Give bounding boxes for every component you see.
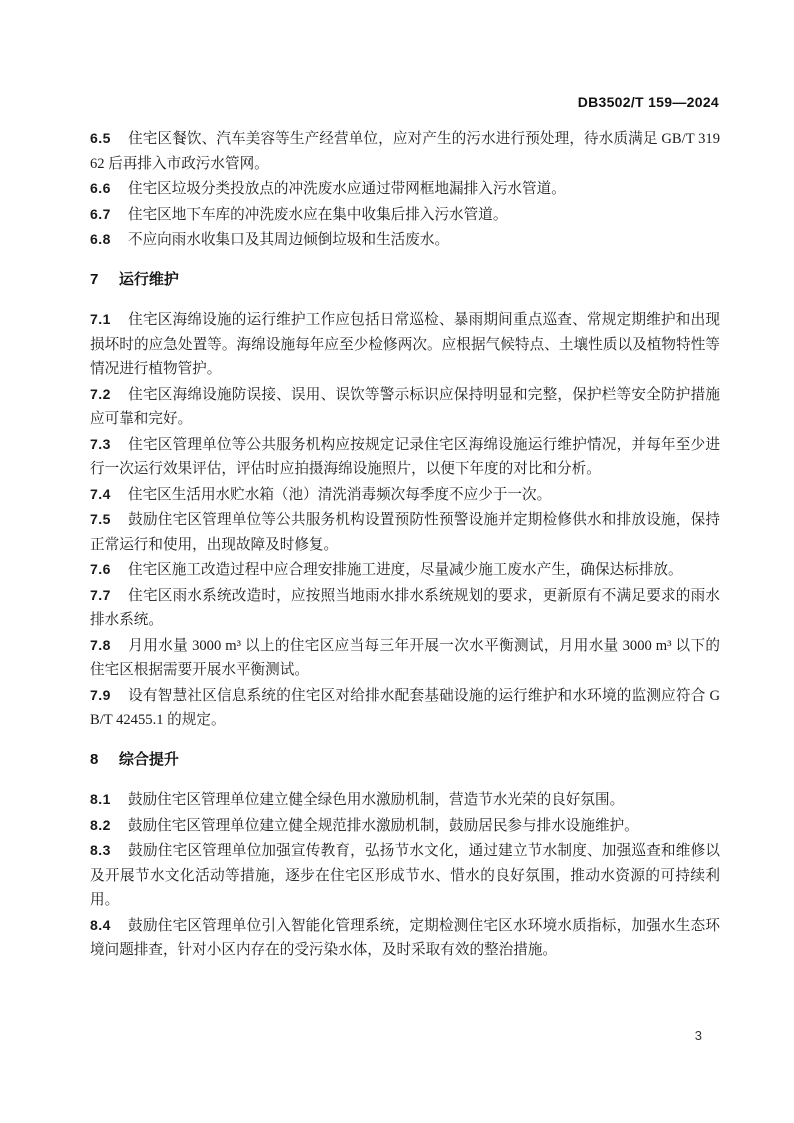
clause-text: 住宅区生活用水贮水箱（池）清洗消毒频次每季度不应少于一次。 <box>128 487 551 503</box>
clause-number: 7.1 <box>90 311 111 327</box>
clause-paragraph: 6.6住宅区垃圾分类投放点的冲洗废水应通过带网框地漏排入污水管道。 <box>90 176 720 202</box>
clause-paragraph: 8.2鼓励住宅区管理单位建立健全规范排水激励机制，鼓励居民参与排水设施维护。 <box>90 813 720 839</box>
section-heading: 8综合提升 <box>90 748 720 773</box>
clause-number: 8.1 <box>90 791 111 807</box>
clause-paragraph: 6.8不应向雨水收集口及其周边倾倒垃圾和生活废水。 <box>90 227 720 253</box>
clause-paragraph: 8.3鼓励住宅区管理单位加强宣传教育，弘扬节水文化，通过建立节水制度、加强巡查和… <box>90 838 720 913</box>
clause-paragraph: 7.3住宅区管理单位等公共服务机构应按规定记录住宅区海绵设施运行维护情况，并每年… <box>90 432 720 482</box>
clause-number: 7.9 <box>90 687 111 703</box>
clause-paragraph: 7.4住宅区生活用水贮水箱（池）清洗消毒频次每季度不应少于一次。 <box>90 482 720 508</box>
clause-text: 鼓励住宅区管理单位建立健全规范排水激励机制，鼓励居民参与排水设施维护。 <box>128 818 639 834</box>
section-number: 8 <box>90 751 99 768</box>
standard-code-header: DB3502/T 159—2024 <box>90 94 719 110</box>
clause-paragraph: 7.5鼓励住宅区管理单位等公共服务机构设置预防性预警设施并定期检修供水和排放设施… <box>90 507 720 557</box>
clause-number: 7.2 <box>90 386 111 402</box>
clause-text: 住宅区管理单位等公共服务机构应按规定记录住宅区海绵设施运行维护情况，并每年至少进… <box>90 437 720 478</box>
section-number: 7 <box>90 271 99 288</box>
clause-paragraph: 7.1住宅区海绵设施的运行维护工作应包括日常巡检、暴雨期间重点巡查、常规定期维护… <box>90 307 720 382</box>
clause-paragraph: 7.2住宅区海绵设施防误接、误用、误饮等警示标识应保持明显和完整，保护栏等安全防… <box>90 382 720 432</box>
clause-text: 住宅区地下车库的冲洗废水应在集中收集后排入污水管道。 <box>128 207 507 223</box>
clause-text: 鼓励住宅区管理单位等公共服务机构设置预防性预警设施并定期检修供水和排放设施，保持… <box>90 512 720 553</box>
clause-number: 8.4 <box>90 917 111 933</box>
clause-paragraph: 8.1鼓励住宅区管理单位建立健全绿色用水激励机制，营造节水光荣的良好氛围。 <box>90 787 720 813</box>
clause-number: 7.6 <box>90 561 111 577</box>
clause-paragraph: 8.4鼓励住宅区管理单位引入智能化管理系统，定期检测住宅区水环境水质指标，加强水… <box>90 913 720 963</box>
clause-paragraph: 6.7住宅区地下车库的冲洗废水应在集中收集后排入污水管道。 <box>90 202 720 228</box>
clause-number: 7.3 <box>90 436 111 452</box>
clause-text: 住宅区海绵设施防误接、误用、误饮等警示标识应保持明显和完整，保护栏等安全防护措施… <box>90 387 720 428</box>
page-number: 3 <box>695 1028 702 1043</box>
clause-text: 不应向雨水收集口及其周边倾倒垃圾和生活废水。 <box>128 232 449 248</box>
clause-paragraph: 7.8月用水量 3000 m³ 以上的住宅区应当每三年开展一次水平衡测试，月用水… <box>90 633 720 683</box>
section-title: 运行维护 <box>119 271 179 288</box>
clause-paragraph: 7.6住宅区施工改造过程中应合理安排施工进度，尽量减少施工废水产生，确保达标排放… <box>90 557 720 583</box>
clause-text: 鼓励住宅区管理单位引入智能化管理系统，定期检测住宅区水环境水质指标，加强水生态环… <box>90 918 720 959</box>
document-body: 6.5住宅区餐饮、汽车美容等生产经营单位，应对产生的污水进行预处理，待水质满足 … <box>90 126 720 963</box>
clause-number: 8.3 <box>90 842 111 858</box>
clause-number: 6.6 <box>90 180 111 196</box>
clause-text: 鼓励住宅区管理单位加强宣传教育，弘扬节水文化，通过建立节水制度、加强巡查和维修以… <box>90 843 720 908</box>
clause-text: 鼓励住宅区管理单位建立健全绿色用水激励机制，营造节水光荣的良好氛围。 <box>128 792 624 808</box>
clause-text: 住宅区餐饮、汽车美容等生产经营单位，应对产生的污水进行预处理，待水质满足 GB/… <box>90 131 720 172</box>
clause-number: 7.8 <box>90 637 111 653</box>
section-heading: 7运行维护 <box>90 268 720 293</box>
clause-text: 住宅区雨水系统改造时，应按照当地雨水排水系统规划的要求，更新原有不满足要求的雨水… <box>90 588 720 629</box>
clause-number: 8.2 <box>90 817 111 833</box>
clause-number: 7.7 <box>90 587 111 603</box>
clause-number: 6.8 <box>90 231 111 247</box>
clause-text: 住宅区海绵设施的运行维护工作应包括日常巡检、暴雨期间重点巡查、常规定期维护和出现… <box>90 312 720 377</box>
clause-number: 6.7 <box>90 206 111 222</box>
clause-number: 7.5 <box>90 511 111 527</box>
clause-text: 设有智慧社区信息系统的住宅区对给排水配套基础设施的运行维护和水环境的监测应符合 … <box>90 688 720 729</box>
clause-paragraph: 7.7住宅区雨水系统改造时，应按照当地雨水排水系统规划的要求，更新原有不满足要求… <box>90 583 720 633</box>
clause-text: 月用水量 3000 m³ 以上的住宅区应当每三年开展一次水平衡测试，月用水量 3… <box>90 638 720 679</box>
section-title: 综合提升 <box>119 751 179 768</box>
clause-paragraph: 6.5住宅区餐饮、汽车美容等生产经营单位，应对产生的污水进行预处理，待水质满足 … <box>90 126 720 176</box>
document-page: DB3502/T 159—2024 6.5住宅区餐饮、汽车美容等生产经营单位，应… <box>0 0 794 1123</box>
clause-text: 住宅区垃圾分类投放点的冲洗废水应通过带网框地漏排入污水管道。 <box>128 181 566 197</box>
clause-number: 7.4 <box>90 486 111 502</box>
clause-text: 住宅区施工改造过程中应合理安排施工进度，尽量减少施工废水产生，确保达标排放。 <box>128 562 683 578</box>
clause-paragraph: 7.9设有智慧社区信息系统的住宅区对给排水配套基础设施的运行维护和水环境的监测应… <box>90 683 720 733</box>
clause-number: 6.5 <box>90 130 111 146</box>
